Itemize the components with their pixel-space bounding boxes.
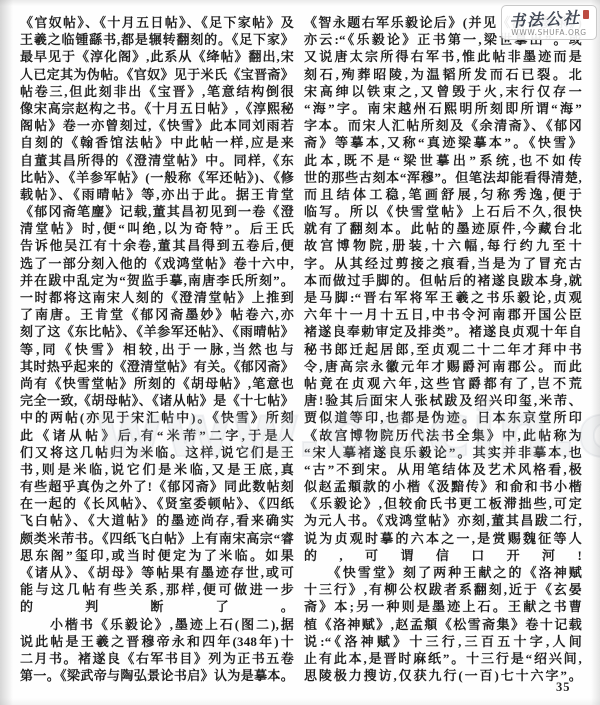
text-line: 宋高绅以铁束之,又曾毁于火,末行仅存一 — [304, 83, 582, 100]
text-line: 字。从其经过剪接之痕看,当是为了冒充古 — [304, 255, 582, 272]
text-line: 刻石,殉葬昭陵,为温韬所发而石已裂。北 — [304, 66, 582, 83]
text-line: “宋人摹褚遂良乐毅论”。其实并非摹本,也 — [304, 444, 582, 461]
page-number: 35 — [556, 680, 571, 695]
text-line: 小楷书《乐毅论》,墨迹上石(图二),据 — [20, 616, 294, 633]
text-line: 此本,既不是“梁世摹出”系统,也不如传 — [304, 152, 582, 169]
text-line: 植《洛神赋》,赵孟頫《松雪斋集》卷十记载 — [304, 616, 582, 633]
text-line: 帖卷三,但此刻非出《宝晋》,笔意结构倒很 — [20, 83, 294, 100]
text-line: 尚有《快雪堂帖》所刻的《胡母帖》,笔意也 — [20, 375, 294, 392]
text-line: 就有了翻刻本。此帖的墨迹原件,今藏台北 — [304, 220, 582, 237]
text-line: 的,可谓信口开河! — [304, 547, 582, 564]
red-seal-icon — [583, 10, 589, 19]
text-line: 等,同《快雪》相较,出于一脉,当然也与 — [20, 341, 294, 358]
text-line: 载帖》、《雨晴帖》等,亦出于此。据王肯堂 — [20, 186, 294, 203]
text-line: 此《诸从帖》后,有“米芾”二字,于是人 — [20, 427, 294, 444]
text-line: 中的两帖(亦见于宋汇帖中)。《快雪》所刻 — [20, 409, 294, 426]
text-line: 像宋高宗赵构之书。《十月五日帖》,《淳熙秘 — [20, 100, 294, 117]
text-line: 并在跋中乱定为“贺监手摹,南唐李氏所刻”。 — [20, 272, 294, 289]
text-line: 字本。而宋人汇帖所刻及《余清斋》、《郁冈 — [304, 117, 582, 134]
text-line: 人已定其为伪帖。《官奴》见于米氏《宝晋斋》 — [20, 66, 294, 83]
text-line: 有些超乎真伪之外了!《郁冈斋》同此数帖刻 — [20, 478, 294, 495]
text-line: 们又将这几帖归为米临。这样,说它们是王 — [20, 444, 294, 461]
text-line: 为元人书。《戏鸿堂帖》亦刻,董其昌跋二行, — [304, 512, 582, 529]
page-edge-shadow-right — [591, 0, 600, 705]
text-line: 斋》等摹本,又称“真迹梁摹本”。《快雪》 — [304, 134, 582, 151]
text-line: 令,唐高宗永徽元年才赐爵河南郡公。而此 — [304, 358, 582, 375]
text-line: 自董其昌所得的《澄清堂帖》中。同样,《东 — [20, 152, 294, 169]
text-line: 而且结体工稳,笔画舒展,匀称秀逸,便于 — [304, 186, 582, 203]
text-line: 褚遂良奉勅审定及排类”。褚遂良贞观十年自 — [304, 323, 582, 340]
text-line: 《官奴帖》、《十月五日帖》、《足下家帖》及 — [20, 14, 294, 31]
text-line: 完全一致,《胡母帖》、《诸从帖》是《十七帖》 — [20, 392, 294, 409]
text-line: 第一。《梁武帝与陶弘景论书启》认为是摹本。 — [20, 667, 294, 684]
shufa-logo-calligraphy: 书法公社 — [508, 5, 581, 32]
text-line: 帖竟在贞观六年,这些官爵都有了,岂不荒 — [304, 375, 582, 392]
text-line: 自刻的《翰香馆法帖》中此帖一样,应是来 — [20, 134, 294, 151]
text-line: 思东阁”玺印,或当时便定为了米临。如果 — [20, 547, 294, 564]
text-line: 颇类米芾书。《四纸飞白帖》上有南宋高宗“睿 — [20, 530, 294, 547]
text-line: 一时都将这南宋人刻的《澄清堂帖》上推到 — [20, 289, 294, 306]
text-line: 《快雪堂》刻了两种王献之的《洛神赋 — [304, 564, 582, 581]
scanned-book-page: www.docin.com 书法公社 WWW.SHUFA.ORG 《官奴帖》、《… — [0, 0, 600, 705]
page-edge-shadow-left — [0, 0, 13, 705]
text-line: 似赵孟頫款的小楷《汲黯传》和俞和书小楷 — [304, 478, 582, 495]
text-line: 告诉他吴江有十余卷,董其昌得到五卷后,便 — [20, 237, 294, 254]
text-line: 贾似道等印,也都是伪迹。日本东京堂所印 — [304, 409, 582, 426]
text-line: 书,则是米临,说它们是米临,又是王底,真 — [20, 461, 294, 478]
text-line: 二月书。褚遂良《右军书目》列为正书五卷 — [20, 650, 294, 667]
text-line: 故宫博物院,册装,十六幅,每行约九至十 — [304, 237, 582, 254]
text-line: 《故宫博物院历代法书全集》中,此帖称为 — [304, 427, 582, 444]
text-line: 止有此本,是晋时麻纸”。十三行是“绍兴间, — [304, 650, 582, 667]
text-line: 在一起的《长风帖》、《贤室委顿帖》、《四纸 — [20, 495, 294, 512]
text-line: 比帖》、《羊参军帖》(一般称《军还帖》)、《修 — [20, 169, 294, 186]
text-line: 的判断了。 — [20, 598, 294, 615]
text-line: 秘书郎迁起居郎,至贞观二十二年才拜中书 — [304, 341, 582, 358]
text-line: 又说唐太宗所得右军书,惟此帖非墨迹而是 — [304, 48, 582, 65]
text-line: 王羲之临锺繇书,都是辗转翻刻的。《足下家》 — [20, 31, 294, 48]
text-line: 清堂帖》时,便“叫绝,以为奇特”。后王氏 — [20, 220, 294, 237]
text-line: 本而做过手脚的。但帖后的褚遂良跋本身,就 — [304, 272, 582, 289]
text-line: 十三行》,有柳公权跋者系翻刻,近于《玄晏 — [304, 581, 582, 598]
text-line: 说此帖是王羲之晋穆帝永和四年(348年)十 — [20, 633, 294, 650]
text-line: 阁帖》卷一亦曾刻过,《快雪》此本同刘雨若 — [20, 117, 294, 134]
text-line: 说:“《洛神赋》十三行,三百五十字,人间 — [304, 633, 582, 650]
text-line: 是马脚:“晋右军将军王羲之书乐毅论,贞观 — [304, 289, 582, 306]
text-line: 刻了这《东比帖》、《羊参军还帖》、《雨晴帖》 — [20, 323, 294, 340]
text-line: “古”不到宋。从用笔结体及艺术风格看,极 — [304, 461, 582, 478]
text-line: 了南唐。王肯堂《郁冈斋墨妙》帖卷六,亦 — [20, 306, 294, 323]
text-line: 其时热乎起来的《澄清堂帖》有关。《郁冈斋》 — [20, 358, 294, 375]
text-line: 临写。所以《快雪堂帖》上石后不久,很快 — [304, 203, 582, 220]
text-line: 《乐毅论》,但较俞氏书更工板滞拙些,可定 — [304, 495, 582, 512]
text-line: 思陵极力搜访,仅获九行(一百)七十六字”。 — [304, 667, 582, 684]
text-column-left: 《官奴帖》、《十月五日帖》、《足下家帖》及王羲之临锺繇书,都是辗转翻刻的。《足下… — [20, 14, 294, 684]
text-line: 选了一部分刻入他的《戏鸿堂帖》卷十六中, — [20, 255, 294, 272]
text-line: 最早见于《淳化阁》,此系从《绛帖》翻出,宋 — [20, 48, 294, 65]
text-line: 斋》本;另一种则是墨迹上石。王献之书曹 — [304, 598, 582, 615]
text-column-right: 《智永题右军乐毅论后》(并见《法书要录》)亦云:“《乐毅论》正书第一,梁世摹出”… — [304, 14, 582, 684]
shufa-watermark-logo: 书法公社 WWW.SHUFA.ORG — [501, 5, 597, 40]
page-edge-shadow-bottom — [0, 698, 600, 705]
text-line: 世的那些古刻本“浑穆”。但笔法却能看得清楚, — [304, 169, 582, 186]
text-line: 六年十一月十五日,中书令河南郡开国公臣 — [304, 306, 582, 323]
text-line: “海”字。南宋越州石熙明所刻即所谓“海” — [304, 100, 582, 117]
text-line: 说为贞观时摹的六本之一,是赏赐魏征等人 — [304, 530, 582, 547]
text-line: 《诸从》、《胡母》等帖果有墨迹存世,或可 — [20, 564, 294, 581]
text-line: 能与这几帖有些关系,那样,便可做进一步 — [20, 581, 294, 598]
text-line: 《郁冈斋笔麈》记载,董其昌初见到一卷《澄 — [20, 203, 294, 220]
text-line: 唐!验其后面宋人张栻跋及绍兴印玺,米芾、 — [304, 392, 582, 409]
text-line: 飞白帖》、《大道帖》的墨迹尚存,看来确实 — [20, 512, 294, 529]
